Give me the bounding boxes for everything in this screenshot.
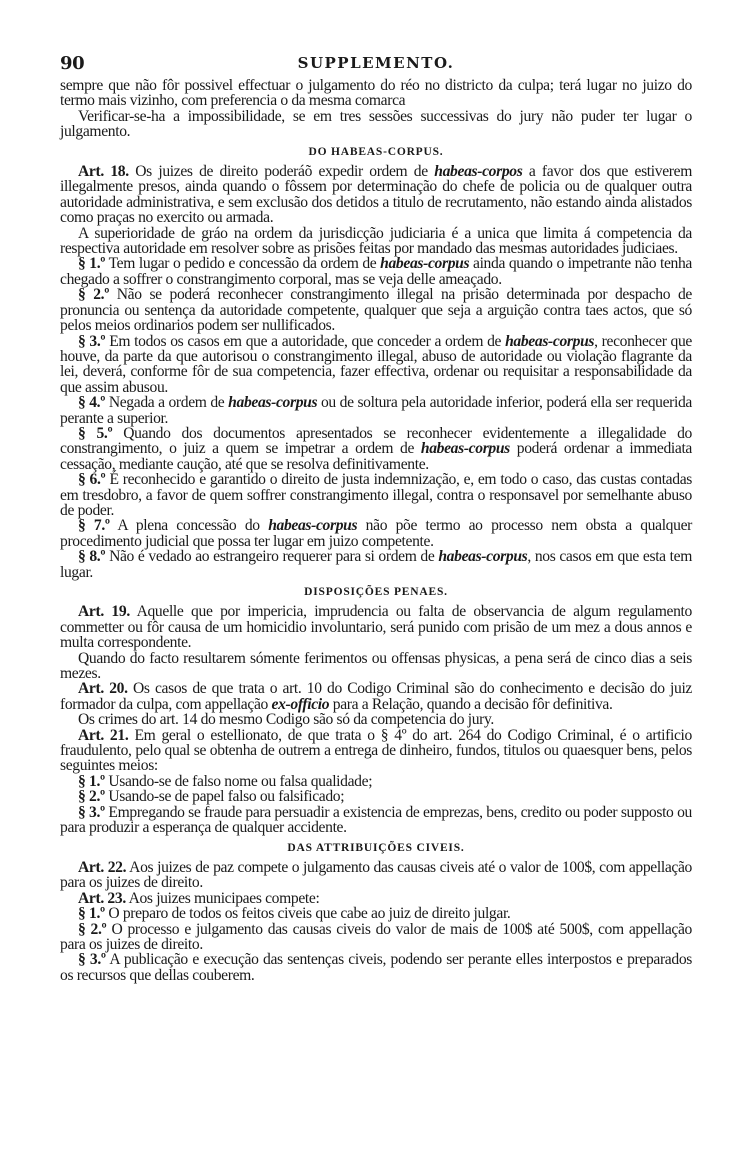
paragraph-text: A publicação e execução das sentenças ci… [60, 951, 692, 983]
paragraph: A superioridade de gráo na ordem da juri… [60, 226, 692, 257]
running-head: SUPPLEMENTO. [60, 56, 692, 71]
article-paragraph: § 6.º É reconhecido e garantido o direit… [60, 472, 692, 518]
article-paragraph: § 1.º Usando-se de falso nome ou falsa q… [60, 774, 692, 789]
article-paragraph: § 7.º A plena concessão do habeas-corpus… [60, 518, 692, 549]
paragraph: sempre que não fôr possivel effectuar o … [60, 78, 692, 109]
paragraph-text: Não é vedado ao estrangeiro requerer par… [109, 548, 438, 565]
article-paragraph: § 4.º Negada a ordem de habeas-corpus ou… [60, 395, 692, 426]
article-paragraph: § 1.º Tem lugar o pedido e concessão da … [60, 256, 692, 287]
article-paragraph: § 3.º A publicação e execução das senten… [60, 952, 692, 983]
paragraph-text: O processo e julgamento das causas civei… [60, 921, 692, 953]
article-paragraph: § 3.º Em todos os casos em que a autorid… [60, 334, 692, 396]
article-paragraph: Art. 20. Os casos de que trata o art. 10… [60, 681, 692, 712]
latin-term: habeas-corpus [438, 548, 527, 565]
paragraph-text: Aos juizes de paz compete o julgamento d… [60, 859, 692, 891]
document-page: 90 SUPPLEMENTO. sempre que não fôr possi… [60, 56, 692, 983]
article-paragraph: § 2.º O processo e julgamento das causas… [60, 922, 692, 953]
paragraph: Os crimes do art. 14 do mesmo Codigo são… [60, 712, 692, 727]
paragraph-text: Aquelle que por impericia, imprudencia o… [60, 603, 692, 651]
article-paragraph: § 2.º Usando-se de papel falso ou falsif… [60, 789, 692, 804]
article-paragraph: Art. 23. Aos juizes municipaes compete: [60, 891, 692, 906]
article-paragraph: Art. 18. Os juizes de direito poderáõ ex… [60, 164, 692, 226]
paragraph: Verificar-se-ha a impossibilidade, se em… [60, 109, 692, 140]
latin-term: habeas-corpus [228, 394, 317, 411]
latin-term: habeas-corpus [421, 440, 510, 457]
article-paragraph: Art. 21. Em geral o estellionato, de que… [60, 728, 692, 774]
paragraph-text: É reconhecido e garantido o direito de j… [60, 471, 692, 519]
article-paragraph: § 3.º Empregando se fraude para persuadi… [60, 805, 692, 836]
paragraph: Quando do facto resultarem sómente ferim… [60, 651, 692, 682]
article-paragraph: § 1.º O preparo de todos os feitos civei… [60, 906, 692, 921]
paragraph-text: Não se poderá reconhecer constrangimento… [60, 286, 692, 334]
paragraph-text: Empregando se fraude para persuadir a ex… [60, 804, 692, 836]
section-title: DAS ATTRIBUIÇÕES CIVEIS. [60, 841, 692, 856]
section-title: DO HABEAS-CORPUS. [60, 145, 692, 160]
article-paragraph: § 2.º Não se poderá reconhecer constrang… [60, 287, 692, 333]
section-title: DISPOSIÇÕES PENAES. [60, 585, 692, 600]
article-paragraph: § 8.º Não é vedado ao estrangeiro requer… [60, 549, 692, 580]
page-header: 90 SUPPLEMENTO. [60, 56, 692, 76]
paragraph-text: Em geral o estellionato, de que trata o … [60, 727, 692, 775]
article-paragraph: Art. 19. Aquelle que por impericia, impr… [60, 604, 692, 650]
article-paragraph: § 5.º Quando dos documentos apresentados… [60, 426, 692, 472]
article-paragraph: Art. 22. Aos juizes de paz compete o jul… [60, 860, 692, 891]
body-text: sempre que não fôr possivel effectuar o … [60, 78, 692, 983]
